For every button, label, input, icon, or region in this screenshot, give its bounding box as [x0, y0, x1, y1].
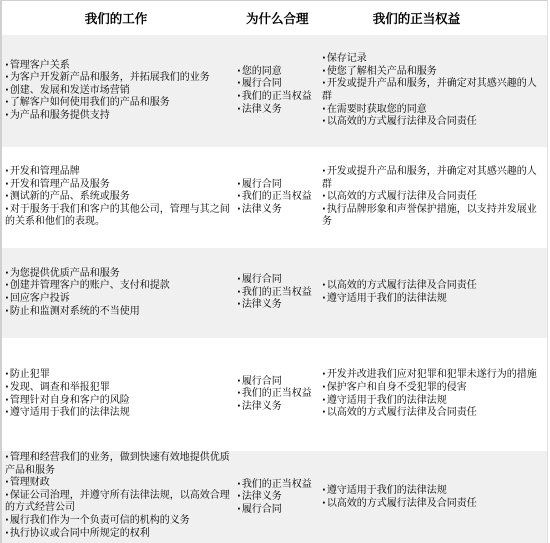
- interest-item: 遵守适用于我们的法律法规: [322, 293, 545, 306]
- interest-cell: 保存记录 使您了解相关产品和服务 开发或提升产品和服务，并确定对其感兴趣的人群 …: [318, 35, 547, 147]
- reason-item: 履行合同: [237, 504, 318, 517]
- table-header-row: 我们的工作 为什么合理 我们的正当权益: [2, 1, 547, 35]
- work-cell: 管理和经营我们的业务，做到快速有效地提供优质产品和服务 管理财政 保证公司治理，…: [2, 451, 230, 543]
- interest-cell: 遵守适用于我们的法律法规 以高效的方式履行法律及合同责任: [318, 451, 547, 543]
- work-item: 执行协议或合同中所规定的权利: [5, 528, 230, 541]
- interest-item: 遵守适用于我们的法律法规: [322, 485, 545, 498]
- work-item: 对于服务于我们和客户的其他公司，管理与其之间的关系和他们的表现。: [5, 204, 230, 229]
- work-item: 保证公司治理，并遵守所有法律法规，以高效合理的方式经营公司: [5, 490, 230, 515]
- reason-cell: 您的同意 履行合同 我们的正当权益 法律义务: [230, 35, 318, 147]
- work-cell: 防止犯罪 发现、调查和举报犯罪 管理针对自身和客户的风险 遵守适用于我们的法律法…: [2, 338, 230, 451]
- table-row: 防止犯罪 发现、调查和举报犯罪 管理针对自身和客户的风险 遵守适用于我们的法律法…: [2, 338, 547, 451]
- reason-item: 法律义务: [237, 491, 318, 504]
- header-our-work: 我们的工作: [2, 9, 230, 27]
- interest-item: 保护客户和自身不受犯罪的侵害: [322, 382, 545, 395]
- table-row: 开发和管理品牌 开发和管理产品及服务 测试新的产品、系统或服务 对于服务于我们和…: [2, 147, 547, 248]
- header-legitimate-interests: 我们的正当权益: [288, 9, 547, 27]
- work-item: 管理和经营我们的业务，做到快速有效地提供优质产品和服务: [5, 452, 230, 477]
- work-cell: 管理客户关系 为客户开发新产品和服务，并拓展我们的业务 创建、发展和发送市场营销…: [2, 35, 230, 147]
- interest-cell: 开发或提升产品和服务，并确定对其感兴趣的人群 以高效的方式履行法律及合同责任 执…: [318, 147, 547, 248]
- legal-basis-table: 我们的工作 为什么合理 我们的正当权益 管理客户关系 为客户开发新产品和服务，并…: [0, 0, 548, 543]
- interest-item: 使您了解相关产品和服务: [322, 66, 545, 79]
- work-item: 回应客户投诉: [5, 293, 230, 306]
- reason-item: 我们的正当权益: [237, 479, 318, 492]
- reason-item: 您的同意: [237, 66, 318, 79]
- reason-item: 履行合同: [237, 274, 318, 287]
- work-item: 防止和监测对系统的不当使用: [5, 306, 230, 319]
- work-item: 为您提供优质产品和服务: [5, 268, 230, 281]
- reason-item: 法律义务: [237, 299, 318, 312]
- work-item: 创建并管理客户的账户、支付和提款: [5, 280, 230, 293]
- table-row: 为您提供优质产品和服务 创建并管理客户的账户、支付和提款 回应客户投诉 防止和监…: [2, 248, 547, 338]
- work-item: 履行我们作为一个负责可信的机构的义务: [5, 515, 230, 528]
- work-item: 测试新的产品、系统或服务: [5, 191, 230, 204]
- interest-item: 以高效的方式履行法律及合同责任: [322, 116, 545, 129]
- reason-item: 法律义务: [237, 204, 318, 217]
- reason-item: 法律义务: [237, 104, 318, 117]
- table-row: 管理客户关系 为客户开发新产品和服务，并拓展我们的业务 创建、发展和发送市场营销…: [2, 35, 547, 147]
- work-item: 为客户开发新产品和服务，并拓展我们的业务: [5, 72, 230, 85]
- reason-item: 法律义务: [237, 401, 318, 414]
- work-item: 管理财政: [5, 477, 230, 490]
- interest-item: 以高效的方式履行法律及合同责任: [322, 280, 545, 293]
- reason-item: 履行合同: [237, 376, 318, 389]
- work-item: 发现、调查和举报犯罪: [5, 382, 230, 395]
- reason-item: 我们的正当权益: [237, 388, 318, 401]
- work-item: 遵守适用于我们的法律法规: [5, 407, 230, 420]
- work-item: 防止犯罪: [5, 369, 230, 382]
- work-cell: 开发和管理品牌 开发和管理产品及服务 测试新的产品、系统或服务 对于服务于我们和…: [2, 147, 230, 248]
- work-item: 管理针对自身和客户的风险: [5, 395, 230, 408]
- work-item: 为产品和服务提供支持: [5, 110, 230, 123]
- interest-item: 开发或提升产品和服务，并确定对其感兴趣的人群: [322, 166, 545, 191]
- interest-item: 以高效的方式履行法律及合同责任: [322, 191, 545, 204]
- work-item: 了解客户如何使用我们的产品和服务: [5, 97, 230, 110]
- work-item: 开发和管理品牌: [5, 166, 230, 179]
- interest-item: 保存记录: [322, 53, 545, 66]
- reason-item: 履行合同: [237, 179, 318, 192]
- work-cell: 为您提供优质产品和服务 创建并管理客户的账户、支付和提款 回应客户投诉 防止和监…: [2, 248, 230, 338]
- reason-cell: 履行合同 我们的正当权益 法律义务: [230, 248, 318, 338]
- reason-item: 履行合同: [237, 78, 318, 91]
- interest-item: 在需要时获取您的同意: [322, 104, 545, 117]
- work-item: 管理客户关系: [5, 60, 230, 73]
- interest-item: 开发或提升产品和服务，并确定对其感兴趣的人群: [322, 78, 545, 103]
- interest-item: 开发并改进我们应对犯罪和犯罪未遂行为的措施: [322, 369, 545, 382]
- work-item: 开发和管理产品及服务: [5, 179, 230, 192]
- interest-item: 遵守适用于我们的法律法规: [322, 395, 545, 408]
- interest-cell: 以高效的方式履行法律及合同责任 遵守适用于我们的法律法规: [318, 248, 547, 338]
- interest-item: 以高效的方式履行法律及合同责任: [322, 407, 545, 420]
- reason-cell: 我们的正当权益 法律义务 履行合同: [230, 451, 318, 543]
- reason-cell: 履行合同 我们的正当权益 法律义务: [230, 338, 318, 451]
- work-item: 创建、发展和发送市场营销: [5, 85, 230, 98]
- table-row: 管理和经营我们的业务，做到快速有效地提供优质产品和服务 管理财政 保证公司治理，…: [2, 451, 547, 543]
- reason-item: 我们的正当权益: [237, 91, 318, 104]
- reason-item: 我们的正当权益: [237, 191, 318, 204]
- reason-item: 我们的正当权益: [237, 287, 318, 300]
- reason-cell: 履行合同 我们的正当权益 法律义务: [230, 147, 318, 248]
- interest-item: 执行品牌形象和声誉保护措施，以支持并发展业务: [322, 204, 545, 229]
- interest-item: 以高效的方式履行法律及合同责任: [322, 498, 545, 511]
- interest-cell: 开发并改进我们应对犯罪和犯罪未遂行为的措施 保护客户和自身不受犯罪的侵害 遵守适…: [318, 338, 547, 451]
